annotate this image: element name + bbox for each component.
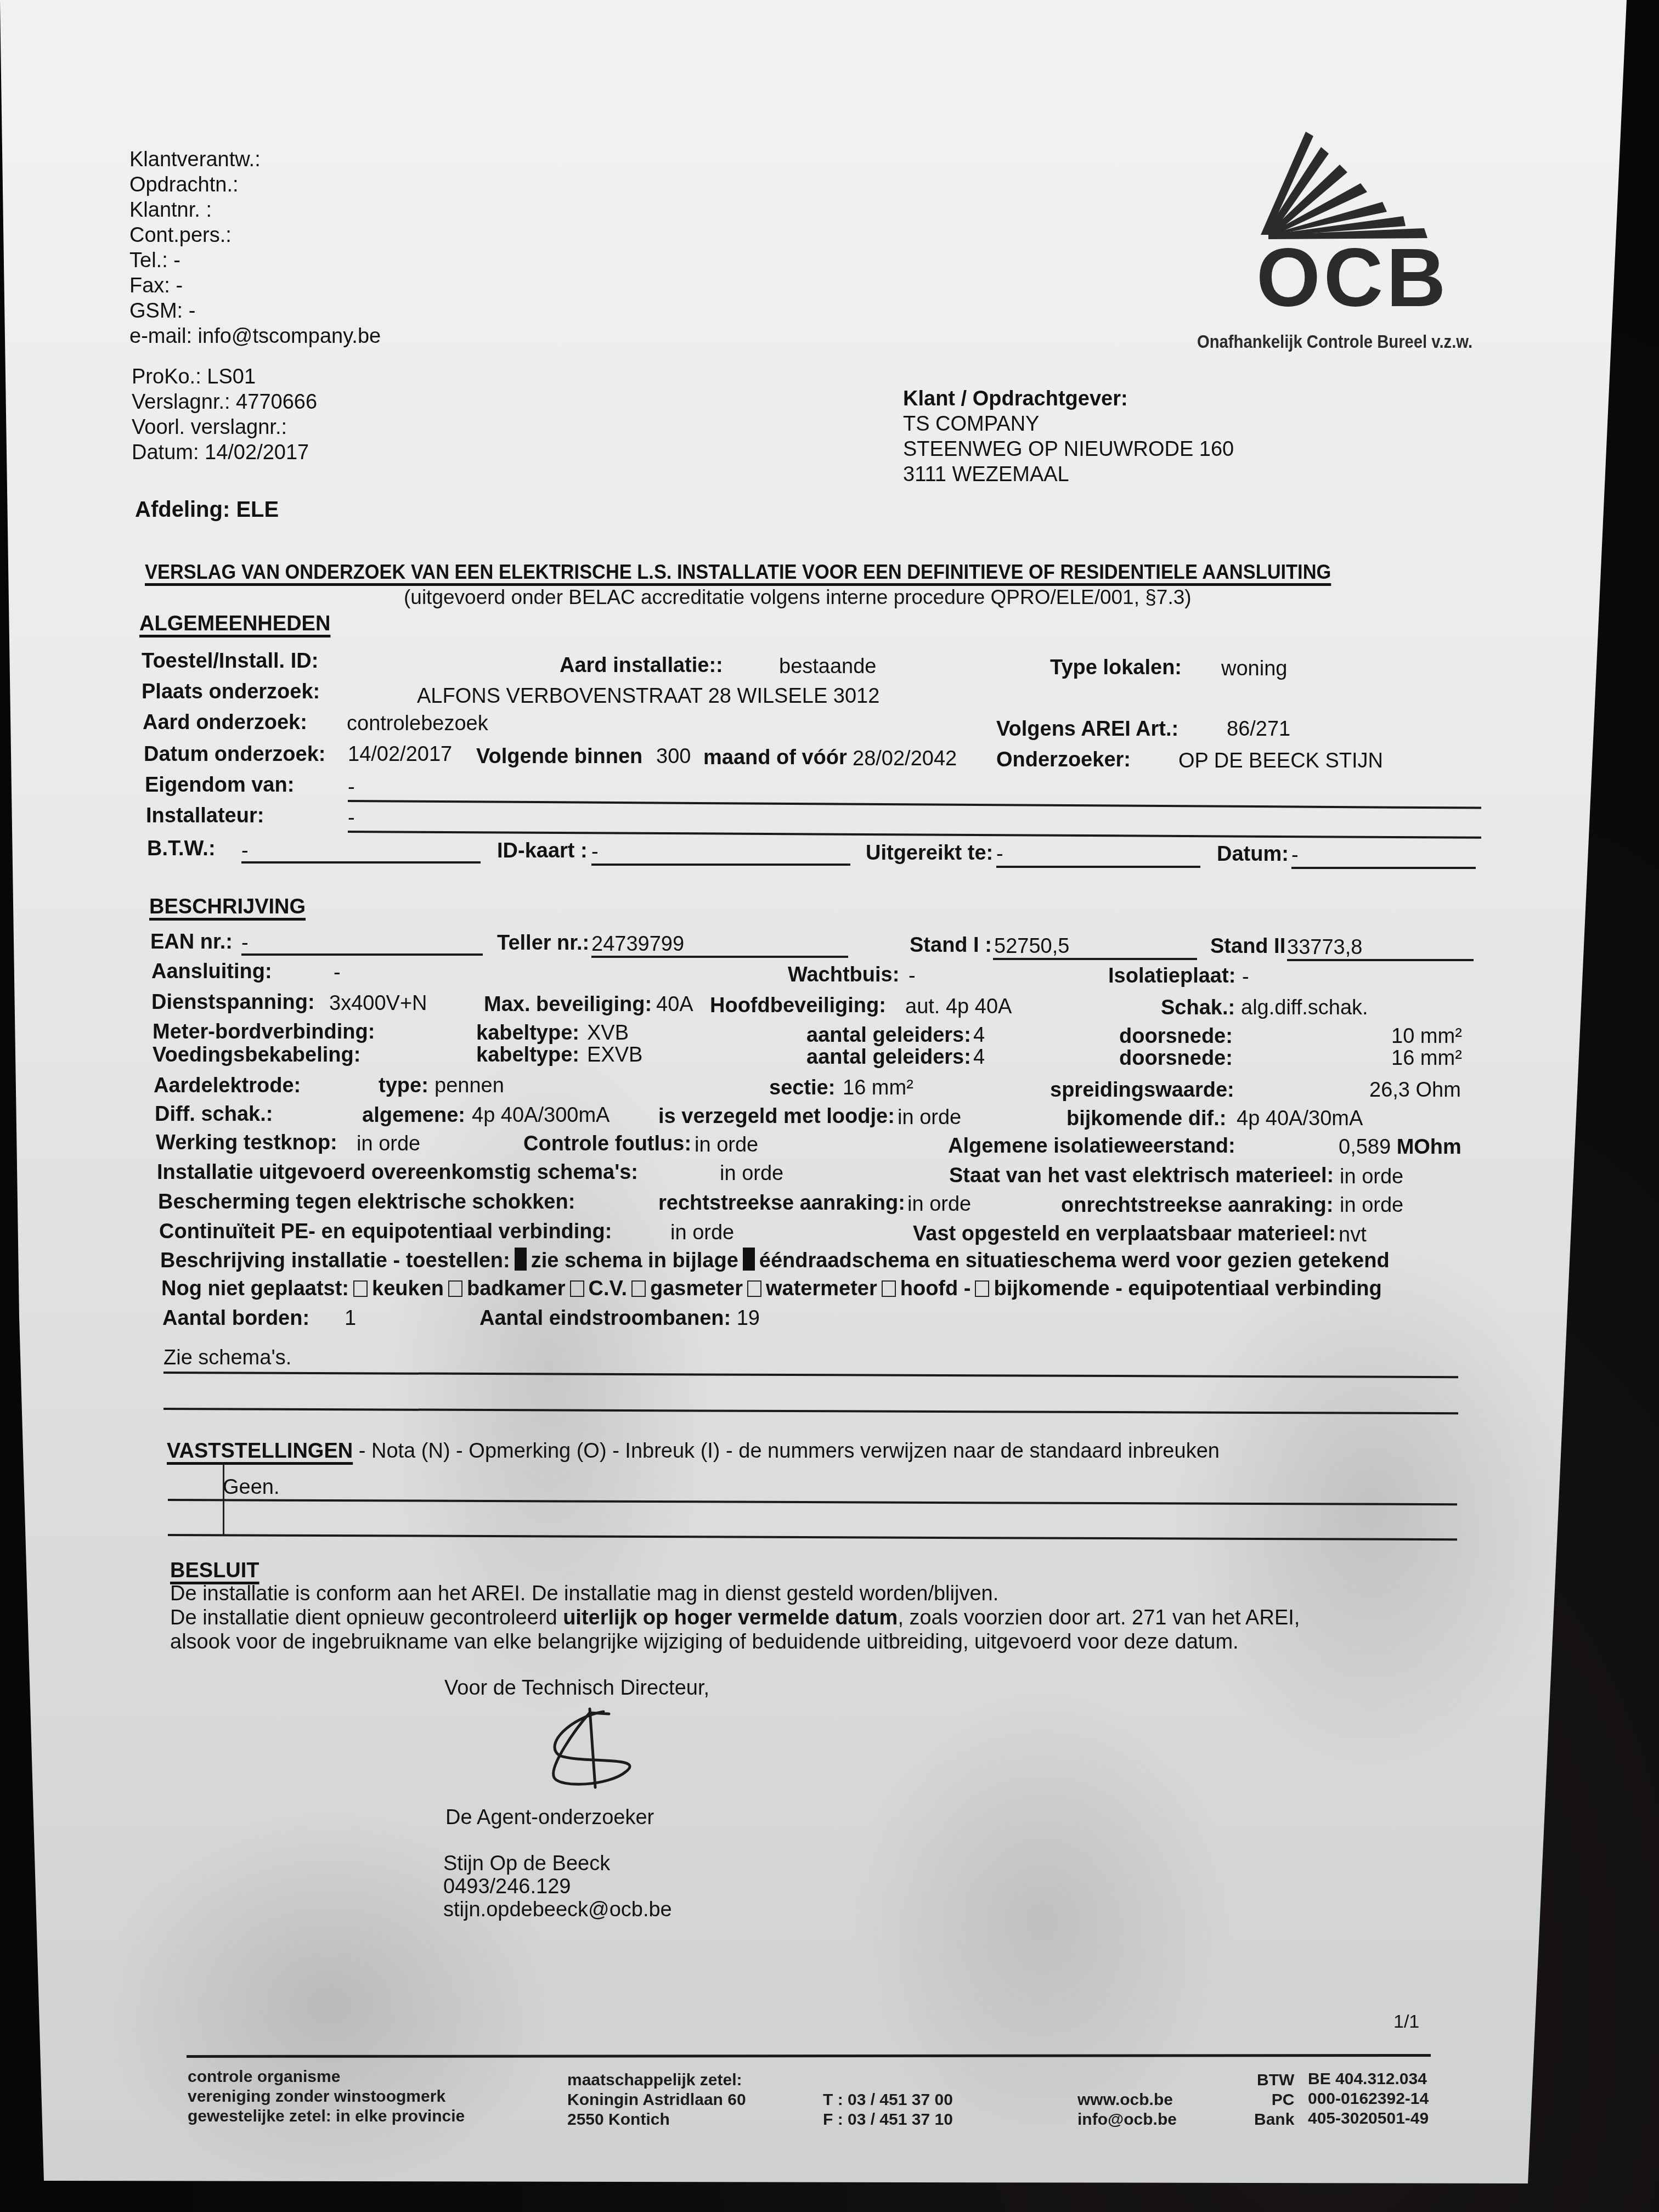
isolatieweerstand-label: Algemene isolatieweerstand: (948, 1133, 1235, 1159)
nog-niet-geplaatst-label: Nog niet geplaatst: (161, 1277, 349, 1300)
section-beschrijving: BESCHRIJVING (149, 894, 306, 919)
staat-value: in orde (1340, 1164, 1403, 1189)
client-info-line: Tel.: - (129, 248, 381, 273)
footer-pc-value: 000-0162392-14 (1308, 2089, 1429, 2109)
stand1-field-line (993, 958, 1197, 960)
report-info-line: ProKo.: LS01 (132, 364, 317, 390)
footer-line: vereniging zonder winstoogmerk (188, 2087, 465, 2107)
dienstspanning-value: 3x400V+N (329, 991, 427, 1016)
besluit-line-1: De installatie is conform aan het AREI. … (170, 1581, 998, 1606)
continuiteit-label: Continuïteit PE- en equipotentiaal verbi… (159, 1219, 612, 1244)
footer-col-address: maatschappelijk zetel: Koningin Astridla… (567, 2070, 746, 2130)
checkbox-empty-icon (353, 1280, 368, 1297)
checkbox-filled-icon (515, 1248, 527, 1271)
vaststellingen-entry: Geen. (223, 1475, 280, 1500)
voeding-geleiders-value: 4 (973, 1045, 985, 1070)
checkbox-empty-icon (631, 1280, 646, 1297)
arei-value: 86/271 (1227, 716, 1290, 742)
voeding-kabel-label: kabeltype: (476, 1042, 579, 1068)
voeding-doorsnede-value: 16 mm² (1391, 1046, 1462, 1071)
teller-label: Teller nr.: (497, 930, 589, 956)
isolatieplaat-value: - (1242, 964, 1249, 990)
eigendom-label: Eigendom van: (145, 772, 294, 798)
client-info-line: Opdrachtn.: (129, 172, 381, 198)
borden-value: 1 (345, 1306, 356, 1331)
footer-bank-value: 405-3020501-49 (1308, 2109, 1429, 2129)
client-info-line: Cont.pers.: (129, 223, 381, 248)
uitgereikt-value: - (996, 842, 1003, 867)
datum-onderzoek-label: Datum onderzoek: (144, 742, 325, 767)
footer-line: controle organisme (188, 2067, 465, 2087)
client-info-line: Fax: - (129, 273, 381, 298)
bescherming-label: Bescherming tegen elektrische schokken: (158, 1189, 575, 1215)
onrechtstreeks-value: in orde (1340, 1193, 1403, 1218)
client-info-line: GSM: - (129, 298, 381, 324)
nog-item: C.V. (589, 1277, 627, 1300)
footer-website-link[interactable]: www.ocb.be (1077, 2090, 1177, 2110)
stroombanen-label-text: Aantal eindstroombanen: (479, 1307, 731, 1330)
idkaart-field-line (591, 864, 850, 866)
installateur-value: - (348, 805, 355, 831)
footer-col-phone: T : 03 / 451 37 00 F : 03 / 451 37 10 (823, 2090, 953, 2130)
section-vaststellingen: VASTSTELLINGEN (167, 1440, 353, 1463)
nog-item: keuken (372, 1277, 444, 1300)
client-address-line: 3111 WEZEMAAL (903, 462, 1234, 487)
signature-for-label: Voor de Technisch Directeur, (444, 1675, 709, 1701)
checkbox-empty-icon (975, 1280, 989, 1297)
stand1-label: Stand I : (910, 933, 992, 958)
max-beveiliging-label: Max. beveiliging: (484, 992, 652, 1017)
footer-line: maatschappelijk zetel: (567, 2070, 746, 2090)
footer-col-labels: BTW PC Bank (1254, 2070, 1294, 2130)
nog-item: bijkomende - equipotentiaal verbinding (994, 1277, 1381, 1300)
bijkomende-dif-value: 4p 40A/30mA (1237, 1106, 1363, 1131)
foutlus-value: in orde (695, 1132, 758, 1158)
footer-phone: T : 03 / 451 37 00 (823, 2090, 953, 2110)
client-info-line: Klantverantw.: (129, 147, 381, 172)
footer-pc-label: PC (1254, 2090, 1294, 2110)
installateur-label: Installateur: (146, 803, 264, 828)
sectie-label: sectie: (769, 1075, 835, 1101)
beschrijving-option-schema: zie schema in bijlage (531, 1249, 738, 1272)
wachtbuis-value: - (909, 963, 916, 989)
plaats-label: Plaats onderzoek: (142, 679, 320, 704)
beschrijving-option-eendraad: ééndraadschema en situatieschema werd vo… (759, 1249, 1390, 1272)
isolatieweerstand-number: 0,589 (1339, 1136, 1391, 1159)
diff-schak-label: Diff. schak.: (155, 1102, 273, 1127)
aardelektrode-label: Aardelektrode: (154, 1073, 301, 1098)
voeding-doorsnede-label: doorsnede: (1119, 1046, 1233, 1071)
meterbord-label: Meter-bordverbinding: (153, 1019, 375, 1045)
signature-name: Stijn Op de Beeck (443, 1851, 610, 1876)
report-title: VERSLAG VAN ONDERZOEK VAN EEN ELEKTRISCH… (145, 560, 1331, 585)
schak-value: alg.diff.schak. (1241, 995, 1368, 1020)
rechtstreeks-label: rechtstreekse aanraking: (658, 1190, 905, 1216)
hoofdbeveiliging-value: aut. 4p 40A (905, 994, 1012, 1019)
signature-email: stijn.opdebeeck@ocb.be (443, 1897, 672, 1922)
rechtstreeks-value: in orde (907, 1192, 971, 1217)
spreiding-value: 26,3 Ohm (1369, 1077, 1461, 1103)
besluit-line-3: alsook voor de ingebruikname van elke be… (170, 1629, 1239, 1655)
aard-installatie-label: Aard installatie:: (560, 653, 723, 678)
client-address-line: STEENWEG OP NIEUWRODE 160 (903, 437, 1234, 462)
uitgereikt-label: Uitgereikt te: (866, 840, 993, 866)
voeding-label: Voedingsbekabeling: (153, 1042, 360, 1068)
eigendom-value: - (348, 775, 355, 800)
ean-label: EAN nr.: (150, 929, 233, 955)
maand-label: maand of vóór (703, 745, 847, 770)
stand2-label: Stand II (1210, 934, 1285, 959)
besluit-line-2: De installatie dient opnieuw gecontrolee… (170, 1605, 1300, 1630)
type-lokalen-value: woning (1221, 656, 1287, 681)
beschrijving-note: Zie schema's. (163, 1345, 291, 1370)
teller-field-line (591, 956, 848, 958)
datum2-label: Datum: (1217, 842, 1289, 867)
ean-field-line (241, 953, 483, 956)
ocb-tagline: Onafhankelijk Controle Bureel v.z.w. (1197, 331, 1472, 353)
aansluiting-label: Aansluiting: (151, 959, 272, 984)
verzegeld-label: is verzegeld met loodje: (658, 1104, 895, 1129)
isolatieweerstand-value: 0,589 MOhm (1339, 1135, 1462, 1160)
beschrijving-installatie-label: Beschrijving installatie - toestellen: (160, 1249, 510, 1272)
report-info-line: Verslagnr.: 4770666 (132, 390, 317, 415)
aard-onderzoek-value: controlebezoek (347, 711, 488, 736)
besluit-line-2-start: De installatie dient opnieuw gecontrolee… (170, 1606, 563, 1629)
btw-value: - (241, 838, 249, 864)
signature-phone: 0493/246.129 (443, 1874, 571, 1899)
client-info-block: Klantverantw.: Opdrachtn.: Klantnr. : Co… (129, 147, 381, 349)
nog-item: gasmeter (650, 1277, 743, 1300)
checkbox-empty-icon (448, 1280, 462, 1297)
staat-label: Staat van het vast elektrisch materieel: (949, 1163, 1334, 1188)
footer-line: gewestelijke zetel: in elke provincie (188, 2107, 465, 2126)
continuiteit-value: in orde (670, 1220, 734, 1245)
btw-label: B.T.W.: (147, 836, 216, 861)
vaststellingen-legend: - Nota (N) - Opmerking (O) - Inbreuk (I)… (353, 1440, 1220, 1463)
checkbox-empty-icon (882, 1280, 896, 1297)
btw-field-line (241, 861, 481, 864)
nog-item: hoofd - (900, 1277, 971, 1300)
schema-value: in orde (720, 1161, 783, 1186)
onderzoeker-value: OP DE BEECK STIJN (1178, 748, 1383, 774)
arei-label: Volgens AREI Art.: (996, 716, 1178, 742)
client-email: e-mail: info@tscompany.be (129, 324, 381, 349)
footer-col-values: BE 404.312.034 000-0162392-14 405-302050… (1308, 2069, 1429, 2129)
signature-icon (538, 1706, 647, 1794)
nog-item: watermeter (766, 1277, 877, 1300)
nog-niet-geplaatst-row: Nog niet geplaatst:keukenbadkamerC.V.gas… (161, 1276, 1382, 1301)
voeding-kabel-value: EXVB (587, 1042, 642, 1068)
datum-onderzoek-value: 14/02/2017 (348, 742, 452, 767)
stroombanen-value: 19 (737, 1307, 760, 1330)
checkbox-empty-icon (747, 1280, 761, 1297)
footer-col-organisation: controle organisme vereniging zonder win… (188, 2067, 465, 2126)
uitgereikt-field-line (996, 866, 1200, 868)
plaats-value: ALFONS VERBOVENSTRAAT 28 WILSELE 3012 (417, 684, 879, 709)
signature-role: De Agent-onderzoeker (445, 1805, 654, 1830)
footer-fax: F : 03 / 451 37 10 (823, 2110, 953, 2130)
aard-installatie-value: bestaande (779, 654, 877, 679)
beschrijving-installatie-row: Beschrijving installatie - toestellen:zi… (160, 1248, 1390, 1273)
client-address-heading: Klant / Opdrachtgever: (903, 386, 1234, 411)
algemene-label: algemene: (362, 1103, 465, 1128)
datum2-field-line (1291, 867, 1476, 869)
verzegeld-value: in orde (898, 1105, 961, 1130)
max-beveiliging-value: 40A (656, 992, 693, 1017)
footer-col-web: www.ocb.be info@ocb.be (1077, 2090, 1177, 2130)
report-info-line: Datum: 14/02/2017 (132, 440, 317, 465)
section-besluit: BESLUIT (170, 1558, 259, 1583)
report-subtitle: (uitgevoerd onder BELAC accreditatie vol… (404, 585, 1192, 610)
teller-value: 24739799 (591, 932, 684, 957)
footer-line: 2550 Kontich (567, 2110, 746, 2130)
besluit-line-2-emphasis: uiterlijk op hoger vermelde datum (563, 1606, 898, 1629)
onrechtstreeks-label: onrechtstreekse aanraking: (1061, 1193, 1333, 1218)
dienstspanning-label: Dienstspanning: (151, 990, 315, 1015)
report-info-line: Voorl. verslagnr.: (132, 415, 317, 440)
aard-type-value: pennen (435, 1073, 504, 1098)
bijkomende-dif-label: bijkomende dif.: (1066, 1106, 1226, 1131)
section-algemeenheden: ALGEMEENHEDEN (139, 611, 330, 636)
client-address-block: Klant / Opdrachtgever: TS COMPANY STEENW… (903, 386, 1234, 487)
stand1-value: 52750,5 (994, 934, 1069, 959)
hoofdbeveiliging-label: Hoofdbeveiliging: (710, 993, 886, 1018)
ocb-logo-rays-icon (1256, 131, 1437, 240)
idkaart-value: - (591, 839, 599, 865)
schak-label: Schak.: (1161, 995, 1235, 1020)
volgende-value: 300 (656, 744, 691, 769)
checkbox-empty-icon (570, 1280, 584, 1297)
toestel-label: Toestel/Install. ID: (142, 648, 318, 674)
client-address-line: TS COMPANY (903, 411, 1234, 437)
checkbox-filled-icon (743, 1248, 755, 1271)
isolatieplaat-label: Isolatieplaat: (1108, 963, 1235, 989)
besluit-line-2-end: , zoals voorzien door art. 271 van het A… (898, 1606, 1300, 1629)
stand2-field-line (1287, 959, 1474, 961)
client-info-line: Klantnr. : (129, 198, 381, 223)
algemene-value: 4p 40A/300mA (472, 1103, 610, 1128)
vast-materieel-label: Vast opgesteld en verplaatsbaar materiee… (913, 1221, 1336, 1246)
spreiding-label: spreidingswaarde: (1050, 1077, 1234, 1103)
sectie-value: 16 mm² (843, 1075, 913, 1101)
isolatieweerstand-unit: MOhm (1397, 1136, 1462, 1159)
footer-email-link[interactable]: info@ocb.be (1077, 2110, 1177, 2130)
schema-label: Installatie uitgevoerd overeenkomstig sc… (157, 1160, 638, 1185)
aard-type-label: type: (379, 1073, 428, 1098)
testknop-label: Werking testknop: (156, 1130, 337, 1155)
testknop-value: in orde (357, 1131, 420, 1156)
footer-bank-label: Bank (1254, 2110, 1294, 2130)
foutlus-label: Controle foutlus: (523, 1131, 691, 1156)
borden-label: Aantal borden: (162, 1306, 309, 1331)
page-number: 1/1 (1393, 2009, 1419, 2034)
type-lokalen-label: Type lokalen: (1050, 655, 1182, 680)
onderzoeker-label: Onderzoeker: (996, 747, 1131, 772)
footer-btw-value: BE 404.312.034 (1308, 2069, 1429, 2089)
stand2-value: 33773,8 (1287, 935, 1362, 960)
ean-value: - (241, 930, 249, 956)
idkaart-label: ID-kaart : (497, 838, 588, 864)
report-info-block: ProKo.: LS01 Verslagnr.: 4770666 Voorl. … (132, 364, 317, 465)
wachtbuis-label: Wachtbuis: (788, 962, 899, 988)
aard-onderzoek-label: Aard onderzoek: (143, 710, 307, 735)
maand-value: 28/02/2042 (853, 746, 957, 771)
nog-item: badkamer (467, 1277, 566, 1300)
volgende-label: Volgende binnen (476, 744, 642, 769)
footer-btw-label: BTW (1254, 2070, 1294, 2090)
aansluiting-value: - (334, 960, 341, 985)
datum2-value: - (1291, 843, 1299, 868)
footer-line: Koningin Astridlaan 60 (567, 2090, 746, 2110)
stroombanen-label: Aantal eindstroombanen: 19 (479, 1306, 760, 1331)
afdeling-label: Afdeling: ELE (135, 497, 279, 522)
vast-materieel-value: nvt (1339, 1222, 1367, 1248)
vaststellingen-row: VASTSTELLINGEN - Nota (N) - Opmerking (O… (167, 1438, 1220, 1464)
ocb-logo-text: OCB (1256, 230, 1449, 325)
voeding-geleiders-label: aantal geleiders: (806, 1045, 971, 1070)
